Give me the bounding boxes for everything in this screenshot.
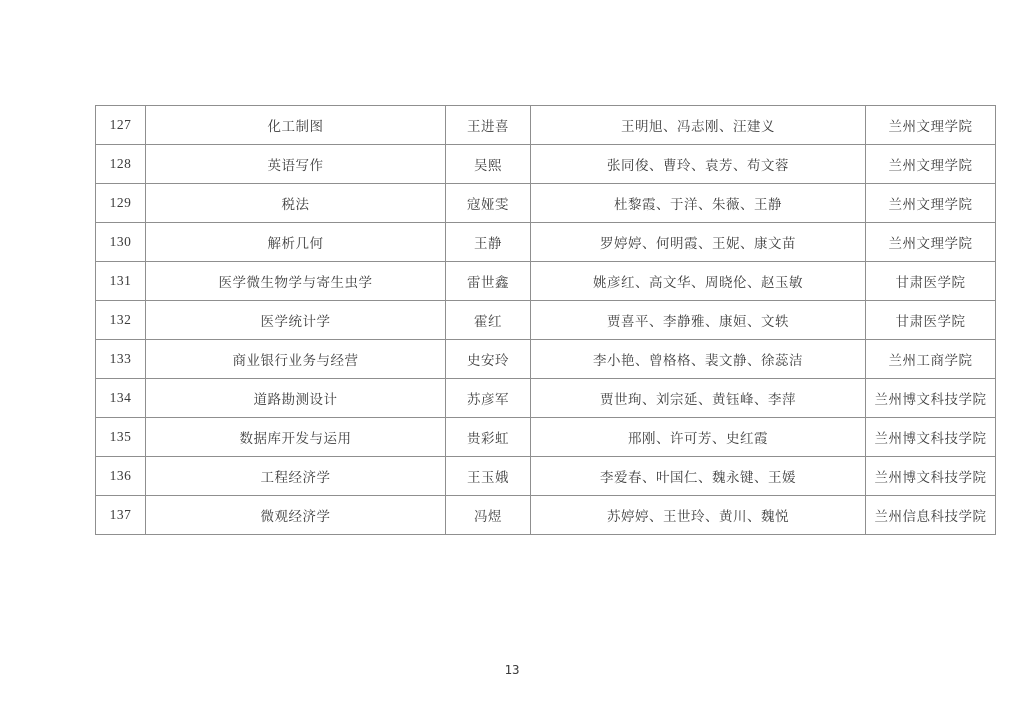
institution-cell: 兰州博文科技学院 — [866, 457, 996, 496]
table-row: 136 工程经济学 王玉娥 李爱春、叶国仁、魏永键、王媛 兰州博文科技学院 — [96, 457, 996, 496]
team-members-cell: 贾世珣、刘宗延、黄钰峰、李萍 — [531, 379, 866, 418]
leader-name-cell: 霍红 — [446, 301, 531, 340]
leader-name-cell: 寇娅雯 — [446, 184, 531, 223]
table-row: 132 医学统计学 霍红 贾喜平、李静雅、康姮、文轶 甘肃医学院 — [96, 301, 996, 340]
row-number-cell: 128 — [96, 145, 146, 184]
row-number-cell: 131 — [96, 262, 146, 301]
table-row: 131 医学微生物学与寄生虫学 雷世鑫 姚彦红、高文华、周晓伦、赵玉敏 甘肃医学… — [96, 262, 996, 301]
team-members-cell: 贾喜平、李静雅、康姮、文轶 — [531, 301, 866, 340]
document-page: 127 化工制图 王进喜 王明旭、冯志刚、汪建义 兰州文理学院 128 英语写作… — [0, 0, 1024, 724]
table-row: 129 税法 寇娅雯 杜黎霞、于洋、朱薇、王静 兰州文理学院 — [96, 184, 996, 223]
row-number-cell: 135 — [96, 418, 146, 457]
row-number-cell: 136 — [96, 457, 146, 496]
course-name-cell: 化工制图 — [146, 106, 446, 145]
course-name-cell: 工程经济学 — [146, 457, 446, 496]
table-row: 137 微观经济学 冯煜 苏婷婷、王世玲、黄川、魏悦 兰州信息科技学院 — [96, 496, 996, 535]
row-number-cell: 133 — [96, 340, 146, 379]
course-name-cell: 数据库开发与运用 — [146, 418, 446, 457]
course-name-cell: 商业银行业务与经营 — [146, 340, 446, 379]
course-list-table: 127 化工制图 王进喜 王明旭、冯志刚、汪建义 兰州文理学院 128 英语写作… — [95, 105, 996, 535]
course-name-cell: 解析几何 — [146, 223, 446, 262]
leader-name-cell: 王进喜 — [446, 106, 531, 145]
course-name-cell: 医学微生物学与寄生虫学 — [146, 262, 446, 301]
leader-name-cell: 苏彦军 — [446, 379, 531, 418]
table-row: 133 商业银行业务与经营 史安玲 李小艳、曾格格、裴文静、徐蕊洁 兰州工商学院 — [96, 340, 996, 379]
course-name-cell: 道路勘测设计 — [146, 379, 446, 418]
table-row: 127 化工制图 王进喜 王明旭、冯志刚、汪建义 兰州文理学院 — [96, 106, 996, 145]
leader-name-cell: 王静 — [446, 223, 531, 262]
row-number-cell: 132 — [96, 301, 146, 340]
institution-cell: 兰州博文科技学院 — [866, 379, 996, 418]
team-members-cell: 张同俊、曹玲、袁芳、苟文蓉 — [531, 145, 866, 184]
leader-name-cell: 王玉娥 — [446, 457, 531, 496]
leader-name-cell: 冯煜 — [446, 496, 531, 535]
team-members-cell: 苏婷婷、王世玲、黄川、魏悦 — [531, 496, 866, 535]
institution-cell: 兰州文理学院 — [866, 184, 996, 223]
row-number-cell: 127 — [96, 106, 146, 145]
leader-name-cell: 贵彩虹 — [446, 418, 531, 457]
table-row: 130 解析几何 王静 罗婷婷、何明霞、王妮、康文苗 兰州文理学院 — [96, 223, 996, 262]
team-members-cell: 李爱春、叶国仁、魏永键、王媛 — [531, 457, 866, 496]
table-row: 135 数据库开发与运用 贵彩虹 邢刚、许可芳、史红霞 兰州博文科技学院 — [96, 418, 996, 457]
course-name-cell: 税法 — [146, 184, 446, 223]
institution-cell: 甘肃医学院 — [866, 262, 996, 301]
row-number-cell: 137 — [96, 496, 146, 535]
page-number: 13 — [0, 662, 1024, 677]
institution-cell: 甘肃医学院 — [866, 301, 996, 340]
institution-cell: 兰州博文科技学院 — [866, 418, 996, 457]
course-name-cell: 微观经济学 — [146, 496, 446, 535]
team-members-cell: 邢刚、许可芳、史红霞 — [531, 418, 866, 457]
table-row: 134 道路勘测设计 苏彦军 贾世珣、刘宗延、黄钰峰、李萍 兰州博文科技学院 — [96, 379, 996, 418]
row-number-cell: 134 — [96, 379, 146, 418]
row-number-cell: 130 — [96, 223, 146, 262]
institution-cell: 兰州文理学院 — [866, 106, 996, 145]
leader-name-cell: 吴熙 — [446, 145, 531, 184]
leader-name-cell: 史安玲 — [446, 340, 531, 379]
team-members-cell: 李小艳、曾格格、裴文静、徐蕊洁 — [531, 340, 866, 379]
team-members-cell: 王明旭、冯志刚、汪建义 — [531, 106, 866, 145]
institution-cell: 兰州文理学院 — [866, 223, 996, 262]
table-row: 128 英语写作 吴熙 张同俊、曹玲、袁芳、苟文蓉 兰州文理学院 — [96, 145, 996, 184]
institution-cell: 兰州文理学院 — [866, 145, 996, 184]
team-members-cell: 杜黎霞、于洋、朱薇、王静 — [531, 184, 866, 223]
institution-cell: 兰州工商学院 — [866, 340, 996, 379]
course-name-cell: 英语写作 — [146, 145, 446, 184]
team-members-cell: 姚彦红、高文华、周晓伦、赵玉敏 — [531, 262, 866, 301]
row-number-cell: 129 — [96, 184, 146, 223]
leader-name-cell: 雷世鑫 — [446, 262, 531, 301]
course-table-body: 127 化工制图 王进喜 王明旭、冯志刚、汪建义 兰州文理学院 128 英语写作… — [96, 106, 996, 535]
institution-cell: 兰州信息科技学院 — [866, 496, 996, 535]
team-members-cell: 罗婷婷、何明霞、王妮、康文苗 — [531, 223, 866, 262]
course-name-cell: 医学统计学 — [146, 301, 446, 340]
